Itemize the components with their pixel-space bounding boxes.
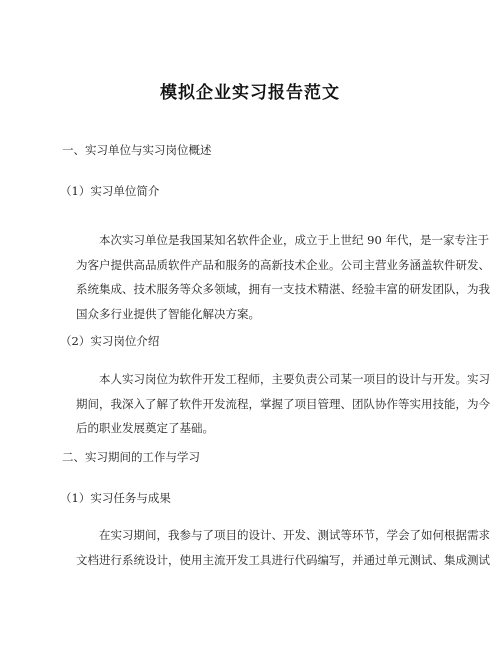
paragraph-line: 文档进行系统设计，使用主流开发工具进行代码编写，并通过单元测试、集成测试 — [76, 548, 436, 573]
paragraph-line: 期间，我深入了解了软件开发流程，掌握了项目管理、团队协作等实用技能，为今 — [76, 392, 436, 417]
section-heading-2: 二、实习期间的工作与学习 — [62, 449, 200, 465]
paragraph-tasks-results: 在实习期间，我参与了项目的设计、开发、测试等环节，学会了如何根据需求 文档进行系… — [76, 523, 436, 572]
paragraph-line: 为客户提供高品质软件产品和服务的高新技术企业。公司主营业务涵盖软件研发、 — [76, 253, 436, 278]
paragraph-line: 本人实习岗位为软件开发工程师，主要负责公司某一项目的设计与开发。实习 — [99, 367, 436, 392]
paragraph-line: 系统集成、技术服务等众多领域，拥有一支技术精湛、经验丰富的研发团队，为我 — [76, 277, 436, 302]
document-page: 模拟企业实习报告范文 一、实习单位与实习岗位概述 （1）实习单位简介 本次实习单… — [0, 0, 500, 647]
paragraph-line: 本次实习单位是我国某知名软件企业，成立于上世纪 90 年代，是一家专注于 — [99, 228, 436, 253]
document-title: 模拟企业实习报告范文 — [0, 78, 500, 103]
paragraph-line: 国众多行业提供了智能化解决方案。 — [76, 302, 436, 327]
paragraph-line: 后的职业发展奠定了基础。 — [76, 416, 436, 441]
subsection-heading-1-2: （2）实习岗位介绍 — [60, 333, 159, 349]
paragraph-position-intro: 本人实习岗位为软件开发工程师，主要负责公司某一项目的设计与开发。实习 期间，我深… — [76, 367, 436, 441]
paragraph-company-intro: 本次实习单位是我国某知名软件企业，成立于上世纪 90 年代，是一家专注于 为客户… — [76, 228, 436, 326]
subsection-heading-2-1: （1）实习任务与成果 — [60, 490, 171, 506]
section-heading-1: 一、实习单位与实习岗位概述 — [62, 142, 212, 158]
paragraph-line: 在实习期间，我参与了项目的设计、开发、测试等环节，学会了如何根据需求 — [99, 523, 436, 548]
subsection-heading-1-1: （1）实习单位简介 — [60, 183, 159, 199]
